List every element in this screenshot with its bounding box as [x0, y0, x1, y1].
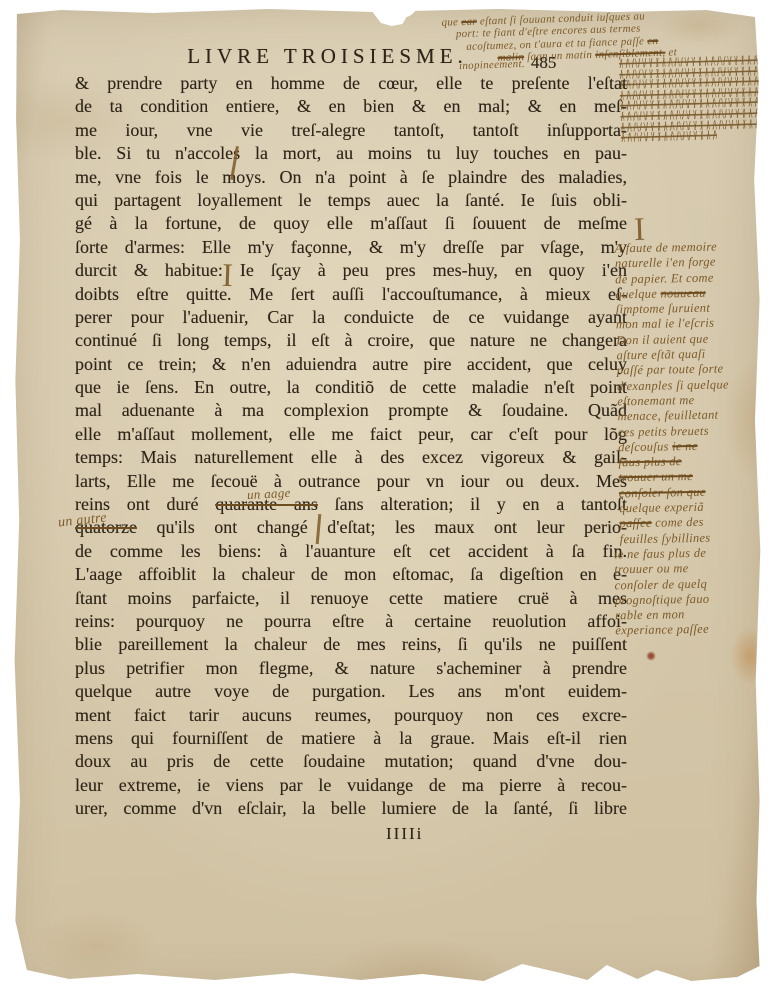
text-line: mal aduenante à ma complexion prompte & … — [75, 399, 627, 422]
struck-text: ie ne — [672, 439, 698, 453]
text-segment: blie pareillement la chaleur de mes rein… — [75, 634, 627, 654]
text-segment: larts, Elle me ſecouë à outrance pour vn… — [75, 471, 627, 491]
scribble-line — [621, 119, 766, 132]
text-segment: prognoſtique fauo — [615, 592, 710, 608]
text-line: blie pareillement la chaleur de mes rein… — [75, 633, 627, 656]
text-segment: trouuer ou me — [614, 561, 688, 576]
text-segment: ſtant moins parfaicte, il renuoye cette … — [75, 588, 627, 608]
text-segment: ſaan un matin — [524, 49, 595, 63]
text-segment: mens qui fourniſſent de matiere à la gra… — [75, 728, 627, 748]
text-segment: Don il auient que — [616, 331, 708, 347]
struck-text: malin — [497, 51, 524, 64]
text-segment: perer pour l'aduenir, Car la conduicte d… — [75, 307, 627, 327]
scribble-line — [621, 131, 717, 143]
text-segment: quelque experiã — [619, 500, 704, 515]
struck-text: car — [461, 16, 477, 28]
text-line: durcit & habitue: Ie ſçay à peu pres mes… — [75, 259, 627, 282]
text-segment: mal aduenante à ma complexion prompte & … — [75, 400, 627, 420]
text-segment: plus petrifier mon flegme, & nature s'ac… — [75, 658, 627, 678]
text-segment: quelque — [615, 286, 660, 301]
text-segment: durcit & habitue: Ie ſçay à peu pres mes… — [75, 260, 627, 280]
text-line: point ce trein; & n'en aduiendra autre p… — [75, 353, 627, 376]
text-segment: A faute de memoire — [615, 240, 717, 256]
text-line: urer, comme d'vn eſclair, la belle lumie… — [75, 797, 627, 820]
text-line: elle m'aſſaut mollement, elle me faict p… — [75, 423, 627, 446]
hand-line: experiance paſſee — [615, 621, 768, 639]
struck-text: en — [647, 34, 658, 46]
text-segment: quelque autre voye de purgation. Les ans… — [75, 681, 627, 701]
text-line: quelque autre voye de purgation. Les ans… — [75, 680, 627, 703]
text-segment: ie ne faus plus de — [614, 546, 706, 562]
text-line: leur extreme, ie viens par le vuidange d… — [75, 774, 627, 797]
text-segment: deſcouſus — [618, 439, 672, 454]
text-segment: eſtonemant me — [617, 393, 694, 408]
struck-marginalia-block — [619, 55, 768, 144]
text-segment: aſture eſtãt quaſi — [616, 347, 705, 363]
text-line: doibts eſtre quitte. Me ſert auſſi l'acc… — [75, 283, 627, 306]
text-segment: continué ſi long temps, il eſt à croire,… — [75, 330, 627, 350]
text-segment: ſans alteration; il y en a tantoſt — [318, 494, 627, 514]
text-line: perer pour l'aduenir, Car la conduicte d… — [75, 306, 627, 329]
text-line: ſorte d'armes: Elle m'y façonne, & m'y d… — [75, 236, 627, 259]
text-segment: mon mal ie l'eſcris — [616, 316, 715, 332]
right-marginalia-note: A faute de memoirenaturelle i'en forgede… — [615, 239, 768, 639]
text-line: que ie ſens. En outre, la conditiõ de ce… — [75, 376, 627, 399]
paper-sheet: LIVRE TROISIESME. inopineement. 485 que … — [0, 0, 768, 1001]
insertion-i-mark: I — [633, 212, 645, 249]
text-segment: temps: Mais naturellement elle à des exc… — [75, 447, 627, 467]
text-segment: rable en mon — [615, 607, 685, 622]
text-segment: menace, feuilletant — [617, 408, 718, 424]
text-segment: reins: pourquoy ne pourra eſtre à certai… — [75, 611, 627, 631]
text-segment: que — [441, 16, 461, 29]
text-segment: gé à la fortune, de quoy elle m'aſſaut ſ… — [75, 213, 627, 233]
text-segment: de papier. Et come — [615, 270, 714, 286]
text-segment: urer, comme d'vn eſclair, la belle lumie… — [75, 798, 627, 818]
text-line: ſtant moins parfaicte, il renuoye cette … — [75, 587, 627, 610]
struck-text: faus plus de — [618, 454, 682, 469]
text-segment: me, vne fois le moys. On n'a point à ſe … — [75, 167, 627, 187]
interlinear-insertion-aage: un aage — [247, 485, 291, 503]
text-segment: qu'ils ont changé d'eſtat; les maux ont … — [137, 517, 627, 537]
text-segment: d'exanples ſi quelque — [617, 377, 729, 393]
text-segment: conſoler de quelq — [614, 576, 707, 592]
text-line: me, vne fois le moys. On n'a point à ſe … — [75, 166, 627, 189]
text-segment: ſimptome ſuruient — [616, 301, 711, 317]
text-line: de ta condition entiere, & en bien & en … — [75, 95, 627, 118]
text-segment: elle m'aſſaut mollement, elle me faict p… — [75, 424, 627, 444]
text-segment: leur extreme, ie viens par le vuidange d… — [75, 775, 627, 795]
text-line: continué ſi long temps, il eſt à croire,… — [75, 329, 627, 352]
text-line: quatorze qu'ils ont changé d'eſtat; les … — [75, 516, 627, 539]
text-segment: L'aage affoiblit la chaleur de mon eſtom… — [75, 564, 627, 584]
text-segment: feuilles ſybillines — [620, 530, 711, 546]
text-segment: doux au pris de cette ſoudaine mutation;… — [75, 751, 627, 771]
text-segment: point ce trein; & n'en aduiendra autre p… — [75, 354, 627, 374]
text-line: reins ont duré quarante ans ſans alterat… — [75, 493, 627, 516]
text-segment: paſſé par toute ſorte — [617, 362, 724, 378]
insertion-i-mark: I — [221, 258, 233, 295]
text-line: L'aage affoiblit la chaleur de mon eſtom… — [75, 563, 627, 586]
text-segment: ſorte d'armes: Elle m'y façonne, & m'y d… — [75, 237, 627, 257]
text-line: doux au pris de cette ſoudaine mutation;… — [75, 750, 627, 773]
text-line: de comme les biens: à l'auanture eſt cet… — [75, 540, 627, 563]
scanned-book-page: LIVRE TROISIESME. inopineement. 485 que … — [0, 0, 768, 1001]
text-line: reins: pourquoy ne pourra eſtre à certai… — [75, 610, 627, 633]
text-segment: come des — [652, 515, 704, 530]
struck-text: conſoler ſon que — [619, 485, 706, 501]
text-line: ment faict tarir aucuns reumes, pourquoy… — [75, 704, 627, 727]
text-segment: experiance paſſee — [615, 622, 709, 638]
text-segment: de ta condition entiere, & en bien & en … — [75, 96, 627, 116]
text-line: ble. Si tu n'accoles la mort, au moins t… — [75, 142, 627, 165]
text-segment: de comme les biens: à l'auanture eſt cet… — [75, 541, 627, 561]
struck-text: trouuer un me — [619, 469, 693, 484]
text-segment: ble. Si tu n'accoles la mort, au moins t… — [75, 143, 627, 163]
body-text: & prendre party en homme de cœur, elle t… — [75, 72, 627, 821]
text-line: gé à la fortune, de quoy elle m'aſſaut ſ… — [75, 212, 627, 235]
text-line: plus petrifier mon flegme, & nature s'ac… — [75, 657, 627, 680]
struck-text: paſſee — [619, 516, 652, 531]
text-segment: doibts eſtre quitte. Me ſert auſſi l'acc… — [75, 284, 627, 304]
text-line: me iour, vne vie treſ-alegre tantoſt, ta… — [75, 119, 627, 142]
text-line: qui partagent loyallement le temps auec … — [75, 189, 627, 212]
text-line: temps: Mais naturellement elle à des exc… — [75, 446, 627, 469]
signature-mark: IIIIi — [386, 824, 423, 844]
text-line: larts, Elle me ſecouë à outrance pour vn… — [75, 470, 627, 493]
text-segment: ces petits breuets — [618, 423, 709, 439]
text-segment: ment faict tarir aucuns reumes, pourquoy… — [75, 705, 627, 725]
text-segment: me iour, vne vie treſ-alegre tantoſt, ta… — [75, 120, 627, 140]
text-segment: & prendre party en homme de cœur, elle t… — [75, 73, 627, 93]
text-segment: qui partagent loyallement le temps auec … — [75, 190, 627, 210]
text-line: & prendre party en homme de cœur, elle t… — [75, 72, 627, 95]
text-segment: que ie ſens. En outre, la conditiõ de ce… — [75, 377, 627, 397]
struck-text: nouueau — [660, 286, 705, 301]
text-line: mens qui fourniſſent de matiere à la gra… — [75, 727, 627, 750]
text-segment: naturelle i'en forge — [615, 255, 716, 271]
